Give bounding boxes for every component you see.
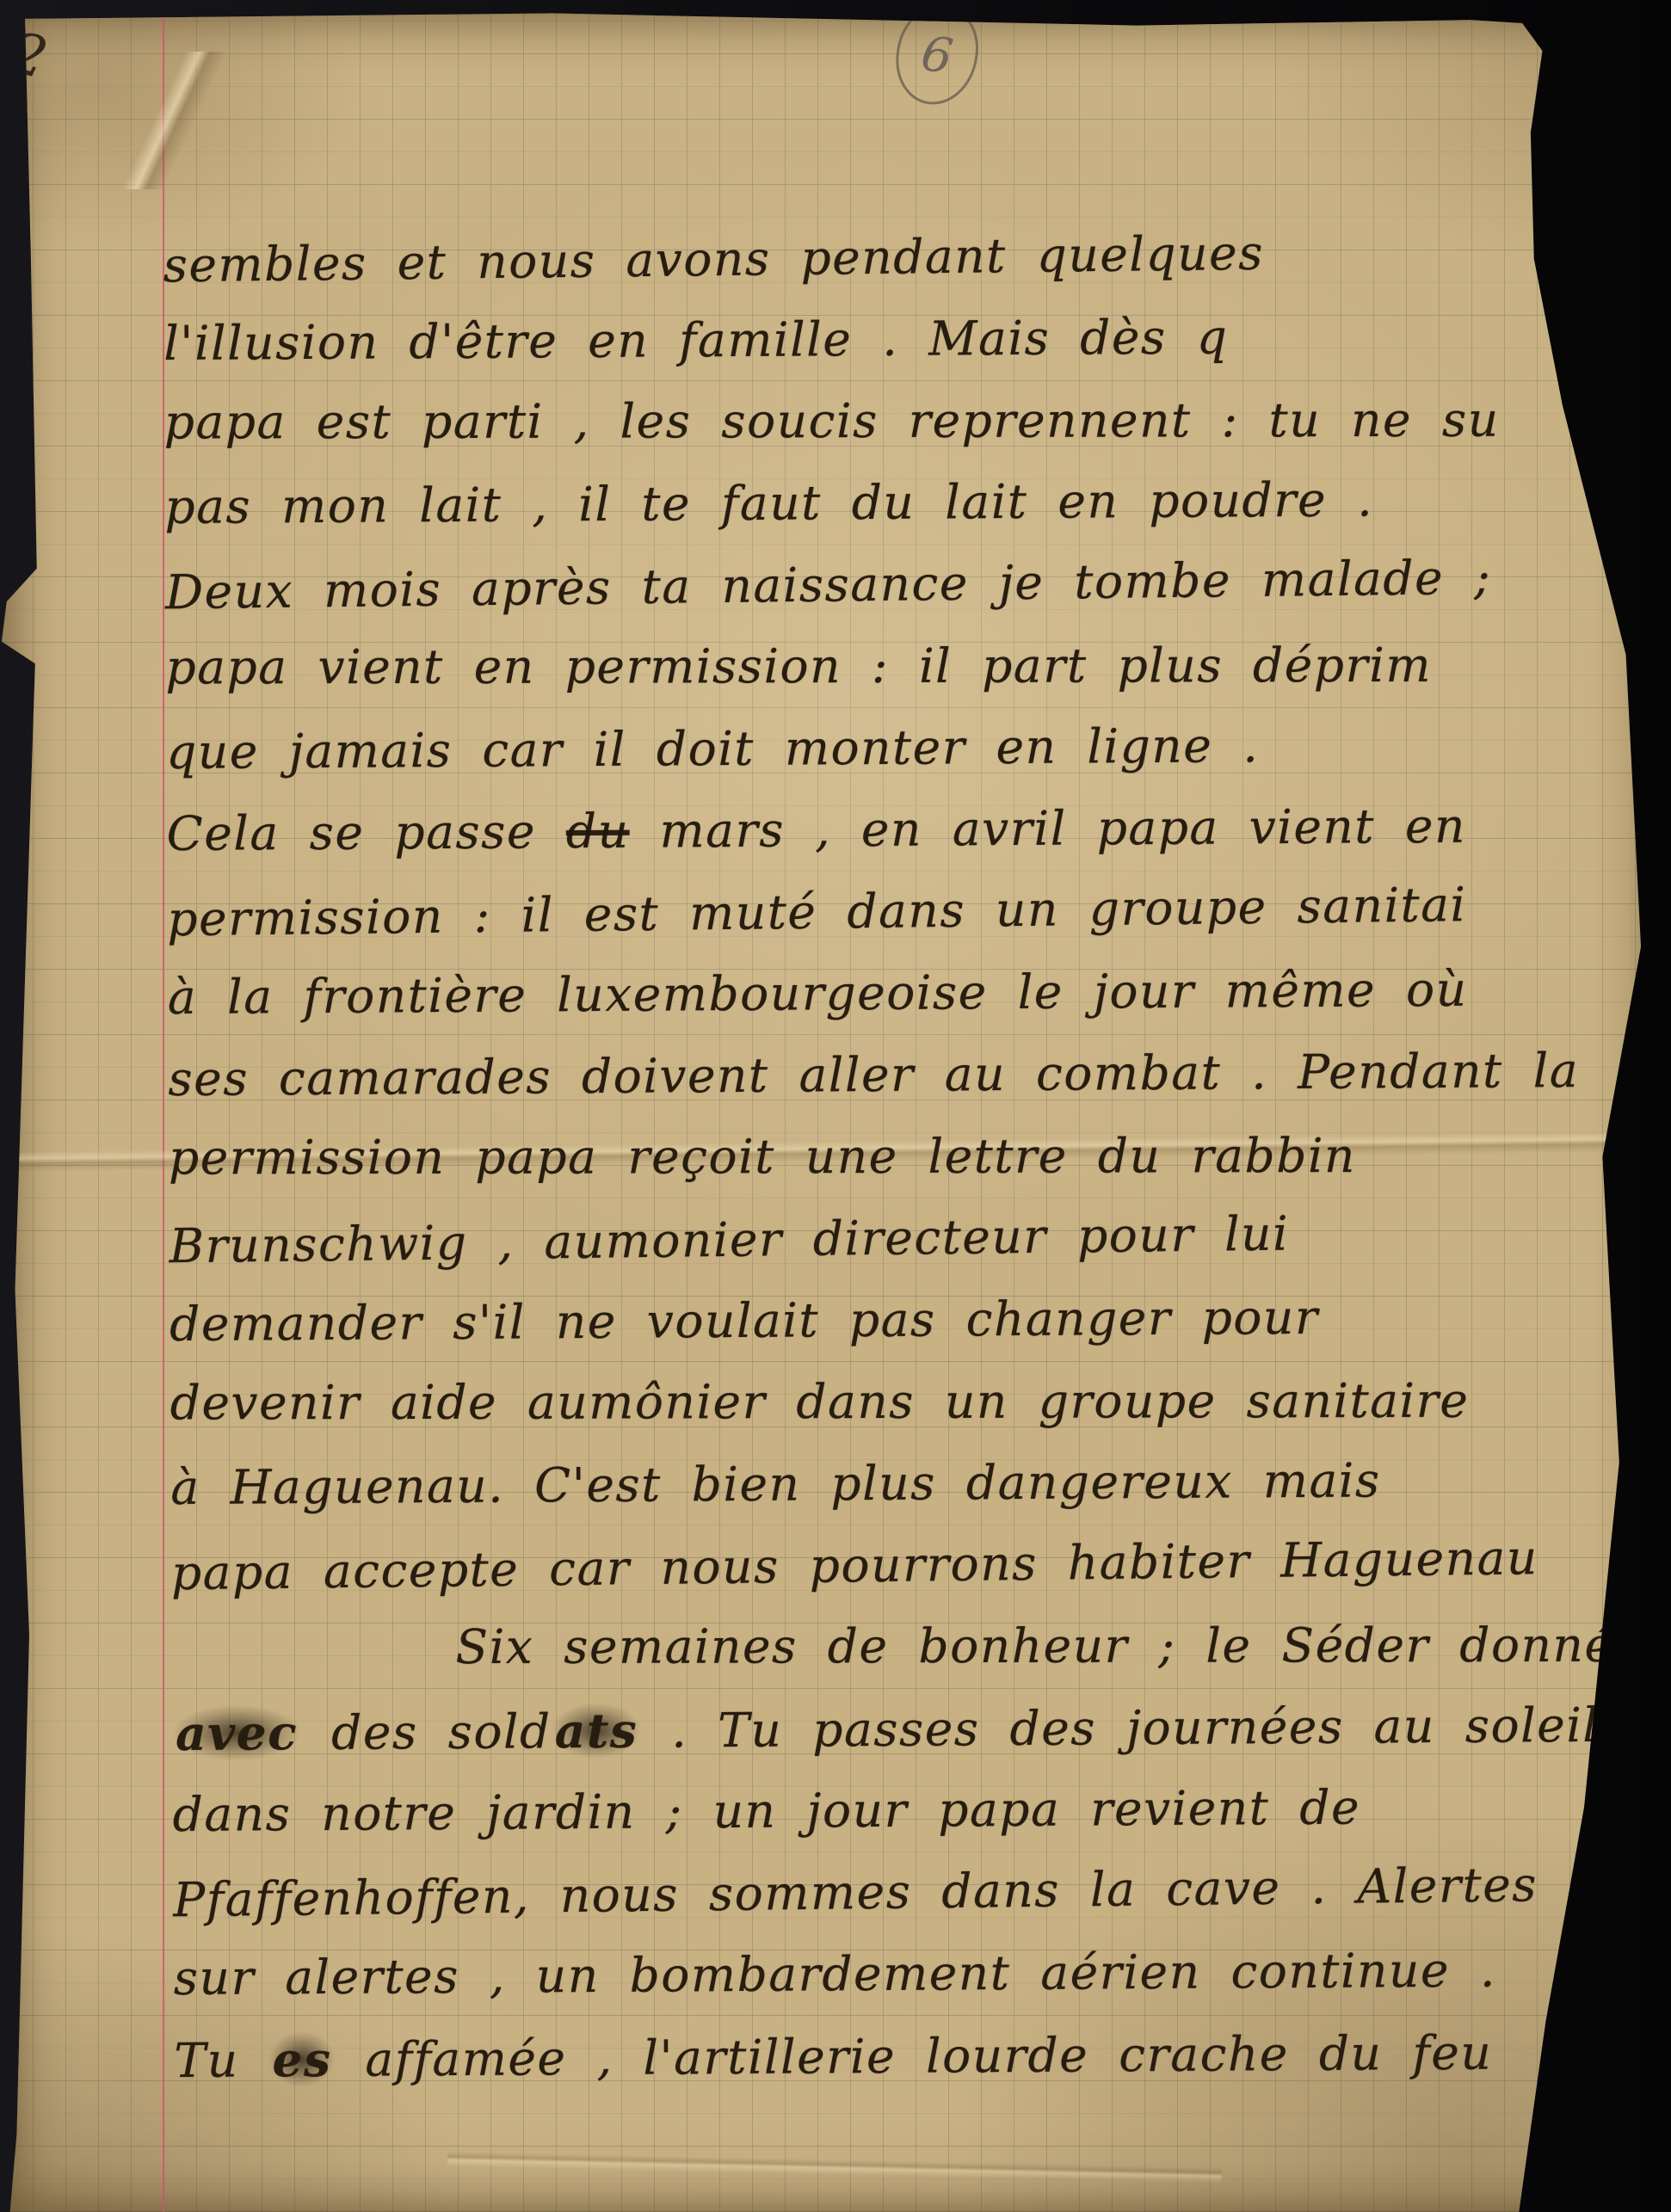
handwritten-line: permission : il est muté dans un groupe …	[167, 863, 1579, 961]
circled-page-number-digit: 6	[917, 25, 956, 85]
line-segment: . Tu passes des journées au soleil	[641, 1698, 1600, 1759]
line-segment: Cela se passe	[166, 804, 566, 861]
handwritten-line: devenir aide aumônier dans un groupe san…	[170, 1360, 1582, 1445]
handwritten-line: que jamais car il doit monter en ligne .	[166, 703, 1578, 793]
handwritten-line: l'illusion d'être en famille . Mais dès …	[163, 294, 1575, 385]
handwritten-line: dans notre jardin ; un jour papa revient…	[172, 1765, 1584, 1856]
handwritten-line: Deux mois après ta naissance je tombe ma…	[164, 536, 1576, 634]
handwritten-line: ses camarades doivent aller au combat . …	[168, 1030, 1580, 1120]
ink-blotted-word: es	[268, 2031, 335, 2087]
handwritten-line: Pfaffenhoffen, nous sommes dans la cave …	[173, 1844, 1585, 1942]
line-segment: Tu	[174, 2032, 268, 2088]
struck-word: du	[566, 804, 630, 859]
letter-paper: 2 6 sembles et nous avons pendant quelqu…	[0, 0, 1671, 2212]
handwritten-line: Brunschwig , aumonier directeur pour lui	[169, 1190, 1581, 1288]
handwritten-line-with-ink-blots: Tu es affamée , l'artillerie lourde crac…	[174, 2011, 1586, 2101]
handwriting-text: sembles et nous avons pendant quelques l…	[163, 213, 1585, 2101]
handwritten-line: sembles et nous avons pendant quelques	[163, 209, 1575, 307]
handwritten-line-with-ink-blots: avec des soldats . Tu passes des journée…	[172, 1684, 1584, 1774]
line-segment: affamée , l'artillerie lourde crache du …	[335, 2025, 1492, 2087]
ink-blotted-word: avec	[172, 1704, 301, 1761]
handwritten-line-with-strikeout: Cela se passe du mars , en avril papa vi…	[166, 785, 1578, 875]
handwritten-line: papa est parti , les soucis reprennent :…	[164, 379, 1575, 464]
handwritten-line: papa vient en permission : il part plus …	[165, 625, 1576, 709]
handwritten-line: pas mon lait , il te faut du lait en pou…	[164, 458, 1576, 548]
line-segment: mars , en avril papa vient en	[629, 798, 1466, 859]
handwritten-line: à Haguenau. C'est bien plus dangereux ma…	[170, 1439, 1582, 1529]
handwritten-line: permission papa reçoit une lettre du rab…	[169, 1115, 1580, 1199]
handwritten-line: papa accepte car nous pourrons habiter H…	[170, 1517, 1582, 1615]
handwritten-line: demander s'il ne voulait pas changer pou…	[170, 1275, 1582, 1365]
handwritten-line: à la frontière luxembourgeoise le jour m…	[168, 948, 1580, 1038]
ink-blotted-word: ats	[552, 1703, 642, 1759]
handwritten-line: sur alertes , un bombardement aérien con…	[174, 1929, 1586, 2019]
handwritten-line: Six semaines de bonheur ; le Séder donné	[455, 1605, 1582, 1688]
line-segment: des sold	[301, 1704, 552, 1760]
scan-background: 2 6 sembles et nous avons pendant quelqu…	[0, 0, 1671, 2212]
